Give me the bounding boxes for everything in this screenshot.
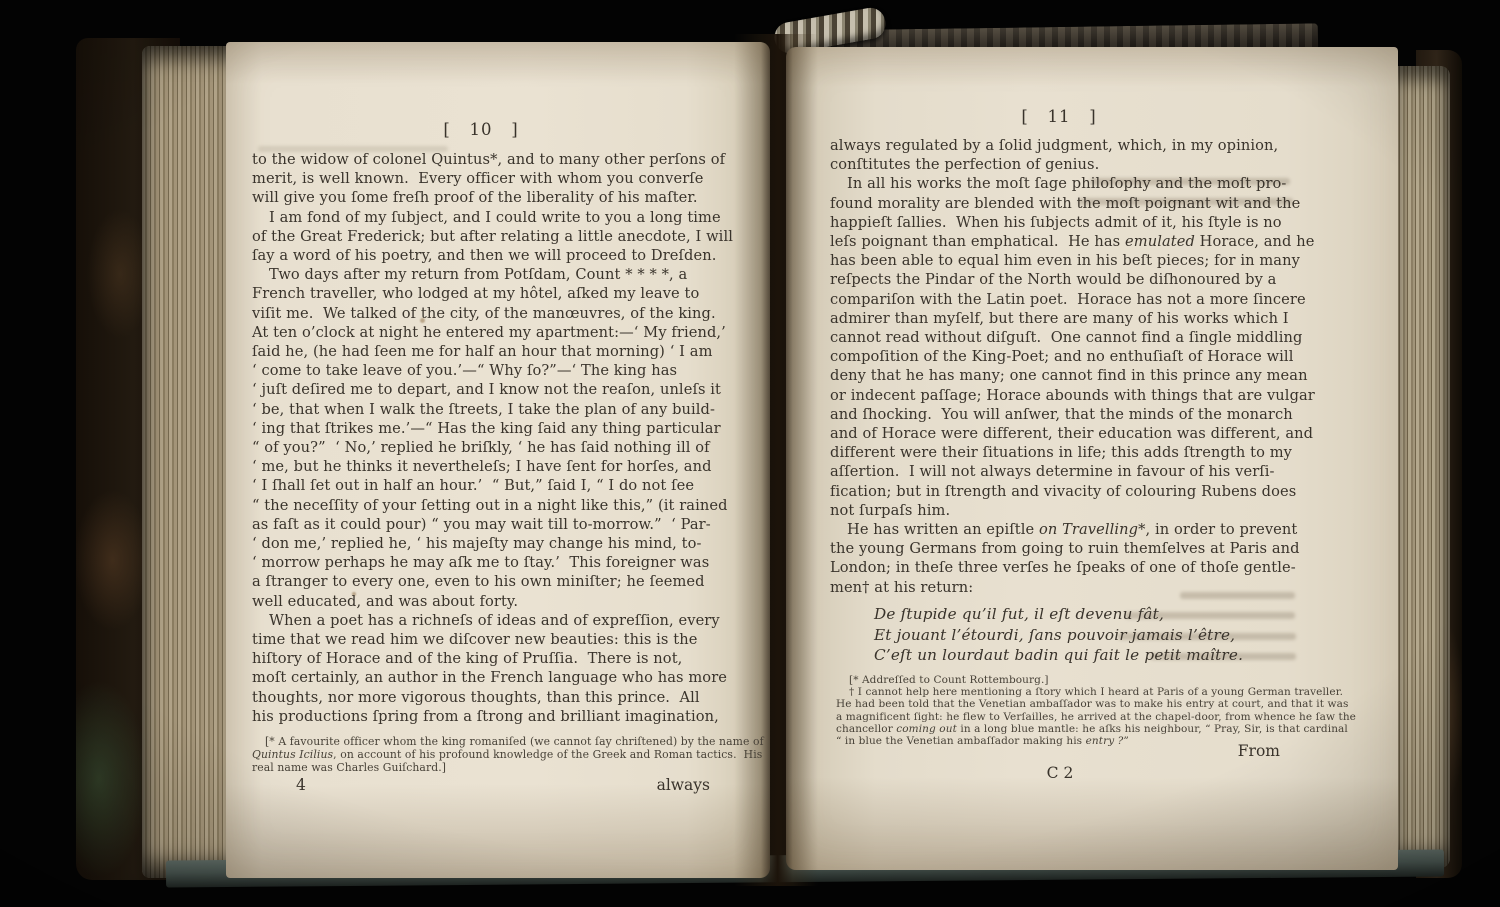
text-line: ‘ ing that ſtrikes me.’—“ Has the king ſ… — [252, 419, 714, 438]
left-page-text: to the widow of colonel Quintus*, and to… — [252, 150, 714, 726]
text-line: C’eſt un lourdaut badin qui fait le peti… — [874, 645, 1304, 666]
left-page-sigline: 4 always — [252, 776, 710, 798]
text-line: I am fond of my ſubject, and I could wri… — [252, 208, 714, 227]
text-line: † I cannot help here mentioning a ſtory … — [836, 686, 1294, 698]
text-line: a ſtranger to every one, even to his own… — [252, 572, 714, 591]
text-line: “ of you?” ‘ No,’ replied he briſkly, ‘ … — [252, 438, 714, 457]
signature-mark-right: C 2 — [1047, 764, 1074, 782]
text-line: Quintus Icilius, on account of his profo… — [252, 748, 720, 761]
text-line: reſpects the Pindar of the North would b… — [830, 270, 1292, 289]
right-page-footnote: [* Addreſſed to Count Rottembourg.]† I c… — [836, 674, 1294, 747]
text-line: Et jouant l’étourdi, ſans pouvoir jamais… — [874, 625, 1304, 646]
text-line: fication; but in ſtrength and vivacity o… — [830, 482, 1292, 501]
catchword-left: always — [657, 776, 710, 798]
text-line: a magnificent ſight: he flew to Verſaill… — [836, 711, 1294, 723]
text-line: He has written an epiſtle on Travelling*… — [830, 520, 1292, 539]
text-line: time that we read him we diſcover new be… — [252, 630, 714, 649]
catchword-right: From — [1238, 742, 1280, 760]
text-line: compariſon with the Latin poet. Horace h… — [830, 290, 1292, 309]
text-line: At ten o’clock at night he entered my ap… — [252, 323, 714, 342]
text-line: different were their ſituations in life;… — [830, 443, 1292, 462]
text-line: compoſition of the King-Poet; and no ent… — [830, 347, 1292, 366]
page-number-right: [ 11 ] — [830, 107, 1288, 126]
text-line: as faſt as it could pour) “ you may wait… — [252, 515, 714, 534]
text-line: will give you ſome freſh proof of the li… — [252, 188, 714, 207]
text-line: has been able to equal him even in his b… — [830, 251, 1292, 270]
book-photograph: [ 10 ] to the widow of colonel Quintus*,… — [0, 0, 1500, 907]
text-line: He had been told that the Venetian ambaſ… — [836, 698, 1294, 710]
text-line: ‘ I ſhall ſet out in half an hour.’ “ Bu… — [252, 476, 714, 495]
text-line: When a poet has a richneſs of ideas and … — [252, 611, 714, 630]
text-line: French traveller, who lodged at my hôtel… — [252, 284, 714, 303]
text-line: London; in theſe three verſes he ſpeaks … — [830, 558, 1292, 577]
text-line: ‘ morrow perhaps he may aſk me to ſtay.’… — [252, 553, 714, 572]
right-page-sigline: C 2 From — [830, 746, 1290, 768]
text-line: the young Germans from going to ruin the… — [830, 539, 1292, 558]
text-line: and of Horace were different, their educ… — [830, 424, 1292, 443]
text-line: his productions ſpring from a ſtrong and… — [252, 707, 714, 726]
text-line: found morality are blended with the moſt… — [830, 194, 1292, 213]
text-line: or indecent paſſage; Horace abounds with… — [830, 386, 1292, 405]
left-page-footnote: [* A favourite officer whom the king rom… — [252, 735, 720, 775]
text-line: deny that he has many; one cannot find i… — [830, 366, 1292, 385]
text-line: In all his works the moſt ſage philoſoph… — [830, 174, 1292, 193]
text-line: viſit me. We talked of the city, of the … — [252, 304, 714, 323]
text-line: to the widow of colonel Quintus*, and to… — [252, 150, 714, 169]
text-line: men† at his return: — [830, 578, 1292, 597]
text-line: cannot read without diſguſt. One cannot … — [830, 328, 1292, 347]
text-line: real name was Charles Guiſchard.] — [252, 761, 720, 774]
text-line: conſtitutes the perfection of genius. — [830, 155, 1292, 174]
text-line: admirer than myſelf, but there are many … — [830, 309, 1292, 328]
text-line: Two days after my return from Potſdam, C… — [252, 265, 714, 284]
text-line: leſs poignant than emphatical. He has em… — [830, 232, 1292, 251]
text-line: ſaid he, (he had ſeen me for half an hou… — [252, 342, 714, 361]
text-line: ‘ me, but he thinks it nevertheleſs; I h… — [252, 457, 714, 476]
right-page-edges — [1392, 66, 1450, 868]
text-line: ‘ don me,’ replied he, ‘ his majeſty may… — [252, 534, 714, 553]
text-line: well educated, and was about forty. — [252, 592, 714, 611]
text-line: of the Great Frederick; but after relati… — [252, 227, 714, 246]
text-line: not ſurpaſs him. — [830, 501, 1292, 520]
text-line: chancellor coming out in a long blue man… — [836, 723, 1294, 735]
signature-mark-left: 4 — [296, 776, 306, 798]
text-line: [* A favourite officer whom the king rom… — [252, 735, 720, 748]
text-line: [* Addreſſed to Count Rottembourg.] — [836, 674, 1294, 686]
text-line: ‘ come to take leave of you.’—“ Why ſo?”… — [252, 361, 714, 380]
text-line: hiſtory of Horace and of the king of Pru… — [252, 649, 714, 668]
text-line: happieſt ſallies. When his ſubjects admi… — [830, 213, 1292, 232]
text-line: De ſtupide qu’il fut, il eſt devenu fât, — [874, 604, 1304, 625]
text-line: thoughts, nor more vigorous thoughts, th… — [252, 688, 714, 707]
text-line: and ſhocking. You will anſwer, that the … — [830, 405, 1292, 424]
page-number-left: [ 10 ] — [252, 120, 710, 139]
text-line: moſt certainly, an author in the French … — [252, 668, 714, 687]
french-verse: De ſtupide qu’il fut, il eſt devenu fât,… — [874, 604, 1304, 666]
text-line: always regulated by a ſolid judgment, wh… — [830, 136, 1292, 155]
right-page-text: always regulated by a ſolid judgment, wh… — [830, 136, 1292, 597]
text-line: aſſertion. I will not always determine i… — [830, 462, 1292, 481]
text-line: “ the neceſſity of your ſetting out in a… — [252, 496, 714, 515]
text-line: merit, is well known. Every officer with… — [252, 169, 714, 188]
text-line: ‘ juſt deſired me to depart, and I know … — [252, 380, 714, 399]
text-line: ſay a word of his poetry, and then we wi… — [252, 246, 714, 265]
text-line: ‘ be, that when I walk the ſtreets, I ta… — [252, 400, 714, 419]
